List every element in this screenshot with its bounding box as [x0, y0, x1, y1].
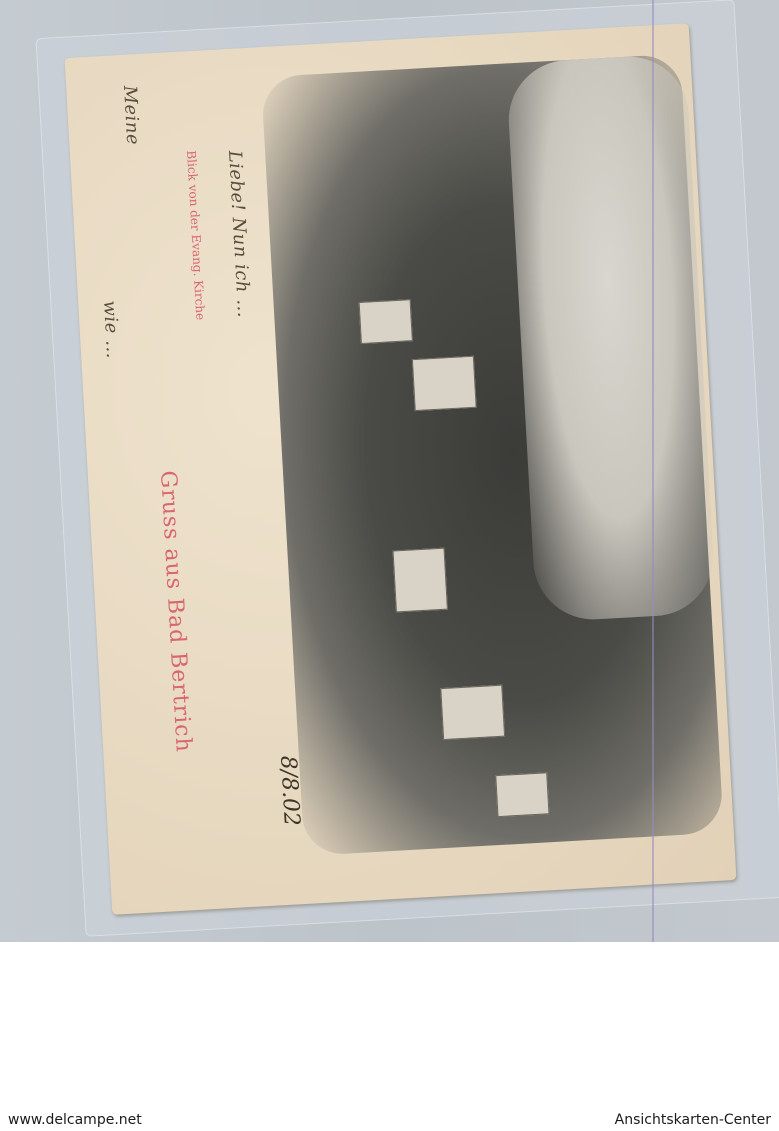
sleeve-edge-line: [652, 0, 654, 942]
handwritten-line: Meine: [119, 85, 143, 146]
handwritten-line: wie ...: [99, 300, 123, 359]
seller-name: Ansichtskarten-Center: [615, 1112, 771, 1128]
site-link[interactable]: www.delcampe.net: [8, 1112, 142, 1128]
postcard: [65, 23, 737, 915]
listing-footer: www.delcampe.net Ansichtskarten-Center: [0, 1112, 779, 1131]
postcard-photo: Meine Liebe! Nun ich ... wie ... Blick v…: [0, 0, 779, 942]
handwritten-date: 8/8.02: [275, 755, 304, 827]
sky-area: [506, 53, 717, 622]
town-houses: [314, 214, 525, 783]
